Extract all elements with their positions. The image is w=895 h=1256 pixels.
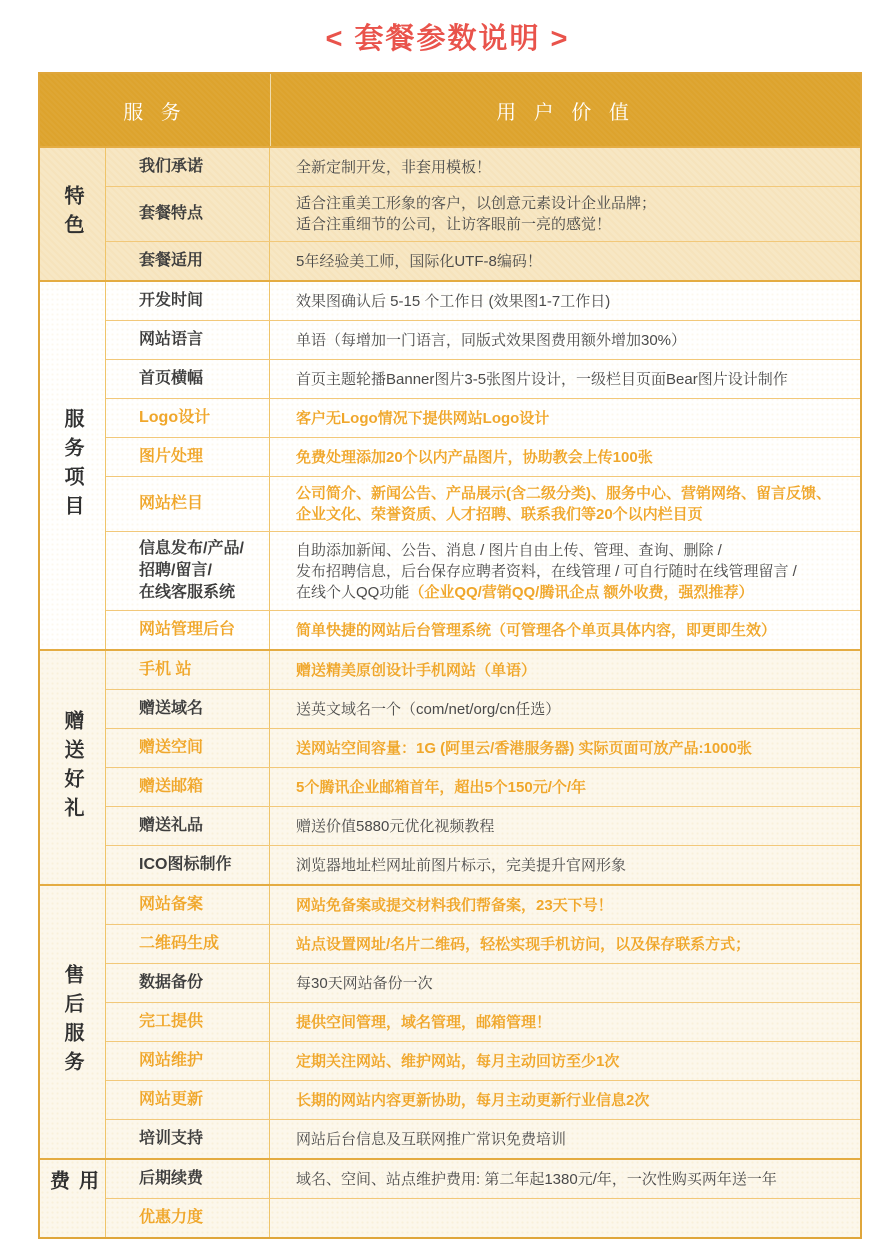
row-value: 域名、空间、站点维护费用: 第二年起1380元/年，一次性购买两年送一年 [270, 1160, 860, 1198]
table-section: 售后服务网站备案网站免备案或提交材料我们帮备案，23天下号！二维码生成站点设置网… [40, 884, 860, 1158]
row-label: 网站维护 [106, 1042, 270, 1080]
package-parameter-table: 服 务 用 户 价 值 特色我们承诺全新定制开发，非套用模板！套餐特点适合注重美… [38, 72, 862, 1239]
row-value: 简单快捷的网站后台管理系统（可管理各个单页具体内容，即更即生效） [270, 611, 860, 649]
row-value-line: 适合注重美工形象的客户，以创意元素设计企业品牌； [296, 193, 846, 214]
row-value-line: 企业文化、荣誉资质、人才招聘、联系我们等20个以内栏目页 [296, 504, 846, 525]
row-value-segment: 单语（每增加一门语言，同版式效果图费用额外增加30%） [296, 332, 686, 349]
table-row: 网站管理后台简单快捷的网站后台管理系统（可管理各个单页具体内容，即更即生效） [106, 610, 860, 649]
group-label: 特色 [58, 185, 87, 243]
section-rows: 网站备案网站免备案或提交材料我们帮备案，23天下号！二维码生成站点设置网址/名片… [106, 886, 860, 1158]
row-label: ICO图标制作 [106, 846, 270, 884]
row-label-line: 在线客服系统 [139, 582, 263, 604]
row-value-segment: 公司简介、新闻公告、产品展示(含二级分类)、服务中心、营销网络、留言反馈、 [296, 485, 831, 502]
row-value-segment: 赠送价值5880元优化视频教程 [296, 818, 494, 835]
row-value-segment: 全新定制开发，非套用模板！ [296, 159, 491, 176]
row-value-segment: 网站后台信息及互联网推广常识免费培训 [296, 1131, 566, 1148]
row-label-line: 完工提供 [139, 1011, 263, 1033]
group-label: 费用 [44, 1170, 102, 1227]
row-label-line: 网站备案 [139, 894, 263, 916]
row-label: 图片处理 [106, 438, 270, 476]
group-cell: 赠送好礼 [40, 651, 106, 884]
row-value-line: 送网站空间容量：1G (阿里云/香港服务器) 实际页面可放产品:1000张 [296, 738, 846, 759]
group-cell: 售后服务 [40, 886, 106, 1158]
row-value: 长期的网站内容更新协助，每月主动更新行业信息2次 [270, 1081, 860, 1119]
row-label-line: 网站语言 [139, 329, 263, 351]
row-value-line: 自助添加新闻、公告、消息 / 图片自由上传、管理、查询、删除 / [296, 540, 846, 561]
row-value-line: 域名、空间、站点维护费用: 第二年起1380元/年，一次性购买两年送一年 [296, 1169, 846, 1190]
row-label-line: 培训支持 [139, 1128, 263, 1150]
row-value: 自助添加新闻、公告、消息 / 图片自由上传、管理、查询、删除 /发布招聘信息，后… [270, 532, 860, 610]
row-value: 5年经验美工师，国际化UTF-8编码！ [270, 242, 860, 280]
row-value-segment: 客户无Logo情况下提供网站Logo设计 [296, 410, 549, 427]
row-value: 提供空间管理，域名管理，邮箱管理！ [270, 1003, 860, 1041]
row-value-segment: 首页主题轮播Banner图片3-5张图片设计，一级栏目页面Bear图片设计制作 [296, 371, 788, 388]
row-value-segment: 站点设置网址/名片二维码，轻松实现手机访问，以及保存联系方式； [296, 936, 750, 953]
row-value-segment: 每30天网站备份一次 [296, 975, 433, 992]
row-value: 效果图确认后 5-15 个工作日 (效果图1-7工作日) [270, 282, 860, 320]
row-value: 站点设置网址/名片二维码，轻松实现手机访问，以及保存联系方式； [270, 925, 860, 963]
table-row: 网站维护定期关注网站、维护网站，每月主动回访至少1次 [106, 1041, 860, 1080]
row-label: 首页横幅 [106, 360, 270, 398]
row-label: 数据备份 [106, 964, 270, 1002]
row-value-segment: 提供空间管理，域名管理，邮箱管理！ [296, 1014, 551, 1031]
row-value-segment: 长期的网站内容更新协助，每月主动更新行业信息2次 [296, 1092, 649, 1109]
row-value-line: 站点设置网址/名片二维码，轻松实现手机访问，以及保存联系方式； [296, 934, 846, 955]
row-label-line: 首页横幅 [139, 368, 263, 390]
row-label-line: 图片处理 [139, 446, 263, 468]
row-value: 免费处理添加20个以内产品图片，协助教会上传100张 [270, 438, 860, 476]
table-row: 网站备案网站免备案或提交材料我们帮备案，23天下号！ [106, 886, 860, 924]
row-value-line: 提供空间管理，域名管理，邮箱管理！ [296, 1012, 846, 1033]
row-value-line: 客户无Logo情况下提供网站Logo设计 [296, 408, 846, 429]
row-value-line: 首页主题轮播Banner图片3-5张图片设计，一级栏目页面Bear图片设计制作 [296, 369, 846, 390]
group-label: 服务项目 [58, 408, 87, 524]
row-label: 套餐适用 [106, 242, 270, 280]
row-value-segment: 效果图确认后 5-15 个工作日 (效果图1-7工作日) [296, 293, 610, 310]
table-row: 赠送域名送英文域名一个（com/net/org/cn任选） [106, 689, 860, 728]
row-value [270, 1199, 860, 1237]
table-row: 开发时间效果图确认后 5-15 个工作日 (效果图1-7工作日) [106, 282, 860, 320]
row-label-line: 套餐特点 [139, 203, 263, 225]
table-row: 二维码生成站点设置网址/名片二维码，轻松实现手机访问，以及保存联系方式； [106, 924, 860, 963]
row-label-line: 手机 站 [139, 659, 263, 681]
group-label: 售后服务 [58, 964, 87, 1080]
row-value: 赠送价值5880元优化视频教程 [270, 807, 860, 845]
row-label-line: 优惠力度 [139, 1207, 263, 1229]
row-label: 我们承诺 [106, 148, 270, 186]
table-section: 服务项目开发时间效果图确认后 5-15 个工作日 (效果图1-7工作日)网站语言… [40, 280, 860, 649]
row-value-line: 送英文域名一个（com/net/org/cn任选） [296, 699, 846, 720]
header-service-cell: 服 务 [40, 74, 271, 146]
row-value-line: 单语（每增加一门语言，同版式效果图费用额外增加30%） [296, 330, 846, 351]
page-title: < 套餐参数说明 > [0, 0, 895, 72]
table-row: 数据备份每30天网站备份一次 [106, 963, 860, 1002]
table-row: 赠送礼品赠送价值5880元优化视频教程 [106, 806, 860, 845]
row-value: 5个腾讯企业邮箱首年，超出5个150元/个/年 [270, 768, 860, 806]
table-row: 优惠力度 [106, 1198, 860, 1237]
table-row: 网站语言单语（每增加一门语言，同版式效果图费用额外增加30%） [106, 320, 860, 359]
row-value-segment: 赠送精美原创设计手机网站（单语） [296, 662, 536, 679]
table-row: 网站更新长期的网站内容更新协助，每月主动更新行业信息2次 [106, 1080, 860, 1119]
row-value: 适合注重美工形象的客户，以创意元素设计企业品牌；适合注重细节的公司，让访客眼前一… [270, 187, 860, 241]
row-value-line: 简单快捷的网站后台管理系统（可管理各个单页具体内容，即更即生效） [296, 620, 846, 641]
section-rows: 我们承诺全新定制开发，非套用模板！套餐特点适合注重美工形象的客户，以创意元素设计… [106, 148, 860, 280]
row-value-segment: 简单快捷的网站后台管理系统（可管理各个单页具体内容，即更即生效） [296, 622, 776, 639]
row-label-line: 二维码生成 [139, 933, 263, 955]
row-value-line: 5个腾讯企业邮箱首年，超出5个150元/个/年 [296, 777, 846, 798]
table-header: 服 务 用 户 价 值 [40, 74, 860, 146]
row-value-segment: 免费处理添加20个以内产品图片，协助教会上传100张 [296, 449, 653, 466]
table-row: 后期续费域名、空间、站点维护费用: 第二年起1380元/年，一次性购买两年送一年 [106, 1160, 860, 1198]
row-label-line: Logo设计 [139, 407, 263, 429]
table-row: ICO图标制作浏览器地址栏网址前图片标示，完美提升官网形象 [106, 845, 860, 884]
group-cell: 服务项目 [40, 282, 106, 649]
section-rows: 手机 站赠送精美原创设计手机网站（单语）赠送域名送英文域名一个（com/net/… [106, 651, 860, 884]
row-value-line: 全新定制开发，非套用模板！ [296, 157, 846, 178]
row-label: 赠送域名 [106, 690, 270, 728]
table-row: 网站栏目公司简介、新闻公告、产品展示(含二级分类)、服务中心、营销网络、留言反馈… [106, 476, 860, 531]
row-value-segment: 域名、空间、站点维护费用: 第二年起1380元/年，一次性购买两年送一年 [296, 1171, 777, 1188]
row-value: 公司简介、新闻公告、产品展示(含二级分类)、服务中心、营销网络、留言反馈、企业文… [270, 477, 860, 531]
table-row: 我们承诺全新定制开发，非套用模板！ [106, 148, 860, 186]
row-value-line: 网站后台信息及互联网推广常识免费培训 [296, 1129, 846, 1150]
row-value: 网站免备案或提交材料我们帮备案，23天下号！ [270, 886, 860, 924]
row-label-line: 我们承诺 [139, 156, 263, 178]
row-label: 网站栏目 [106, 477, 270, 531]
row-value-line: 免费处理添加20个以内产品图片，协助教会上传100张 [296, 447, 846, 468]
row-label-line: 赠送空间 [139, 737, 263, 759]
row-value-segment: （企业QQ/营销QQ/腾讯企点 额外收费，强烈推荐） [409, 584, 753, 601]
table-row: 套餐特点适合注重美工形象的客户，以创意元素设计企业品牌；适合注重细节的公司，让访… [106, 186, 860, 241]
row-value-line: 赠送精美原创设计手机网站（单语） [296, 660, 846, 681]
row-label-line: 赠送礼品 [139, 815, 263, 837]
row-label-line: ICO图标制作 [139, 854, 263, 876]
row-value: 送网站空间容量：1G (阿里云/香港服务器) 实际页面可放产品:1000张 [270, 729, 860, 767]
row-value-line: 长期的网站内容更新协助，每月主动更新行业信息2次 [296, 1090, 846, 1111]
row-value: 定期关注网站、维护网站，每月主动回访至少1次 [270, 1042, 860, 1080]
row-value-segment: 送网站空间容量：1G (阿里云/香港服务器) 实际页面可放产品:1000张 [296, 740, 752, 757]
row-value-segment: 网站免备案或提交材料我们帮备案，23天下号！ [296, 897, 613, 914]
row-value-line: 网站免备案或提交材料我们帮备案，23天下号！ [296, 895, 846, 916]
row-value-segment: 5个腾讯企业邮箱首年，超出5个150元/个/年 [296, 779, 586, 796]
section-rows: 后期续费域名、空间、站点维护费用: 第二年起1380元/年，一次性购买两年送一年… [106, 1160, 860, 1237]
table-row: 图片处理免费处理添加20个以内产品图片，协助教会上传100张 [106, 437, 860, 476]
row-value-line: 效果图确认后 5-15 个工作日 (效果图1-7工作日) [296, 291, 846, 312]
table-section: 费用后期续费域名、空间、站点维护费用: 第二年起1380元/年，一次性购买两年送… [40, 1158, 860, 1237]
group-label: 赠送好礼 [58, 710, 87, 826]
row-label-line: 赠送邮箱 [139, 776, 263, 798]
row-label: 二维码生成 [106, 925, 270, 963]
table-section: 赠送好礼手机 站赠送精美原创设计手机网站（单语）赠送域名送英文域名一个（com/… [40, 649, 860, 884]
row-value-segment: 企业文化、荣誉资质、人才招聘、联系我们等20个以内栏目页 [296, 506, 703, 523]
row-label: 网站备案 [106, 886, 270, 924]
table-body: 特色我们承诺全新定制开发，非套用模板！套餐特点适合注重美工形象的客户，以创意元素… [40, 146, 860, 1237]
row-label-line: 招聘/留言/ [139, 560, 263, 582]
package-spec-page: < 套餐参数说明 > 服 务 用 户 价 值 特色我们承诺全新定制开发，非套用模… [0, 0, 895, 1239]
row-label: 网站管理后台 [106, 611, 270, 649]
row-label: 网站更新 [106, 1081, 270, 1119]
row-value-line: 发布招聘信息，后台保存应聘者资料，在线管理 / 可自行随时在线管理留言 / [296, 561, 846, 582]
table-row: 套餐适用5年经验美工师，国际化UTF-8编码！ [106, 241, 860, 280]
row-label: 培训支持 [106, 1120, 270, 1158]
row-label-line: 信息发布/产品/ [139, 538, 263, 560]
row-label: 后期续费 [106, 1160, 270, 1198]
row-value: 全新定制开发，非套用模板！ [270, 148, 860, 186]
row-value-segment: 自助添加新闻、公告、消息 / 图片自由上传、管理、查询、删除 / [296, 542, 722, 559]
row-value-line: 定期关注网站、维护网站，每月主动回访至少1次 [296, 1051, 846, 1072]
row-label: 赠送邮箱 [106, 768, 270, 806]
section-rows: 开发时间效果图确认后 5-15 个工作日 (效果图1-7工作日)网站语言单语（每… [106, 282, 860, 649]
row-value-line: 赠送价值5880元优化视频教程 [296, 816, 846, 837]
row-value: 首页主题轮播Banner图片3-5张图片设计，一级栏目页面Bear图片设计制作 [270, 360, 860, 398]
row-value-line: 适合注重细节的公司，让访客眼前一亮的感觉！ [296, 214, 846, 235]
row-value: 每30天网站备份一次 [270, 964, 860, 1002]
row-value-segment: 送英文域名一个（com/net/org/cn任选） [296, 701, 560, 718]
row-value: 客户无Logo情况下提供网站Logo设计 [270, 399, 860, 437]
table-row: 培训支持网站后台信息及互联网推广常识免费培训 [106, 1119, 860, 1158]
row-label-line: 网站栏目 [139, 493, 263, 515]
row-label: Logo设计 [106, 399, 270, 437]
row-label: 网站语言 [106, 321, 270, 359]
row-label: 开发时间 [106, 282, 270, 320]
row-value-segment: 发布招聘信息，后台保存应聘者资料，在线管理 / 可自行随时在线管理留言 / [296, 563, 797, 580]
row-value-segment: 5年经验美工师，国际化UTF-8编码！ [296, 253, 542, 270]
row-value-segment: 适合注重细节的公司，让访客眼前一亮的感觉！ [296, 216, 611, 233]
row-label-line: 网站管理后台 [139, 619, 263, 641]
row-value-line: 每30天网站备份一次 [296, 973, 846, 994]
table-row: 赠送邮箱5个腾讯企业邮箱首年，超出5个150元/个/年 [106, 767, 860, 806]
row-value-segment: 在线个人QQ功能 [296, 584, 409, 601]
table-row: Logo设计客户无Logo情况下提供网站Logo设计 [106, 398, 860, 437]
table-row: 赠送空间送网站空间容量：1G (阿里云/香港服务器) 实际页面可放产品:1000… [106, 728, 860, 767]
table-row: 完工提供提供空间管理，域名管理，邮箱管理！ [106, 1002, 860, 1041]
table-row: 手机 站赠送精美原创设计手机网站（单语） [106, 651, 860, 689]
row-value-segment: 浏览器地址栏网址前图片标示，完美提升官网形象 [296, 857, 626, 874]
row-label-line: 套餐适用 [139, 250, 263, 272]
row-label: 手机 站 [106, 651, 270, 689]
group-cell: 费用 [40, 1160, 106, 1237]
row-value-line: 浏览器地址栏网址前图片标示，完美提升官网形象 [296, 855, 846, 876]
row-label: 信息发布/产品/招聘/留言/在线客服系统 [106, 532, 270, 610]
row-value: 单语（每增加一门语言，同版式效果图费用额外增加30%） [270, 321, 860, 359]
row-label-line: 网站维护 [139, 1050, 263, 1072]
row-label: 赠送礼品 [106, 807, 270, 845]
row-value: 浏览器地址栏网址前图片标示，完美提升官网形象 [270, 846, 860, 884]
row-value-line: 5年经验美工师，国际化UTF-8编码！ [296, 251, 846, 272]
row-value: 网站后台信息及互联网推广常识免费培训 [270, 1120, 860, 1158]
row-label-line: 后期续费 [139, 1168, 263, 1190]
row-value-line: 公司简介、新闻公告、产品展示(含二级分类)、服务中心、营销网络、留言反馈、 [296, 483, 846, 504]
row-label: 优惠力度 [106, 1199, 270, 1237]
row-label-line: 网站更新 [139, 1089, 263, 1111]
header-user-value-cell: 用 户 价 值 [271, 74, 860, 146]
table-section: 特色我们承诺全新定制开发，非套用模板！套餐特点适合注重美工形象的客户，以创意元素… [40, 146, 860, 280]
row-value-segment: 适合注重美工形象的客户，以创意元素设计企业品牌； [296, 195, 656, 212]
row-label: 完工提供 [106, 1003, 270, 1041]
row-label-line: 赠送域名 [139, 698, 263, 720]
row-value-segment: 定期关注网站、维护网站，每月主动回访至少1次 [296, 1053, 619, 1070]
row-label: 套餐特点 [106, 187, 270, 241]
row-value: 送英文域名一个（com/net/org/cn任选） [270, 690, 860, 728]
row-label-line: 数据备份 [139, 972, 263, 994]
row-label-line: 开发时间 [139, 290, 263, 312]
row-label: 赠送空间 [106, 729, 270, 767]
row-value-line: 在线个人QQ功能（企业QQ/营销QQ/腾讯企点 额外收费，强烈推荐） [296, 582, 846, 603]
table-row: 信息发布/产品/招聘/留言/在线客服系统自助添加新闻、公告、消息 / 图片自由上… [106, 531, 860, 610]
table-row: 首页横幅首页主题轮播Banner图片3-5张图片设计，一级栏目页面Bear图片设… [106, 359, 860, 398]
group-cell: 特色 [40, 148, 106, 280]
row-value: 赠送精美原创设计手机网站（单语） [270, 651, 860, 689]
